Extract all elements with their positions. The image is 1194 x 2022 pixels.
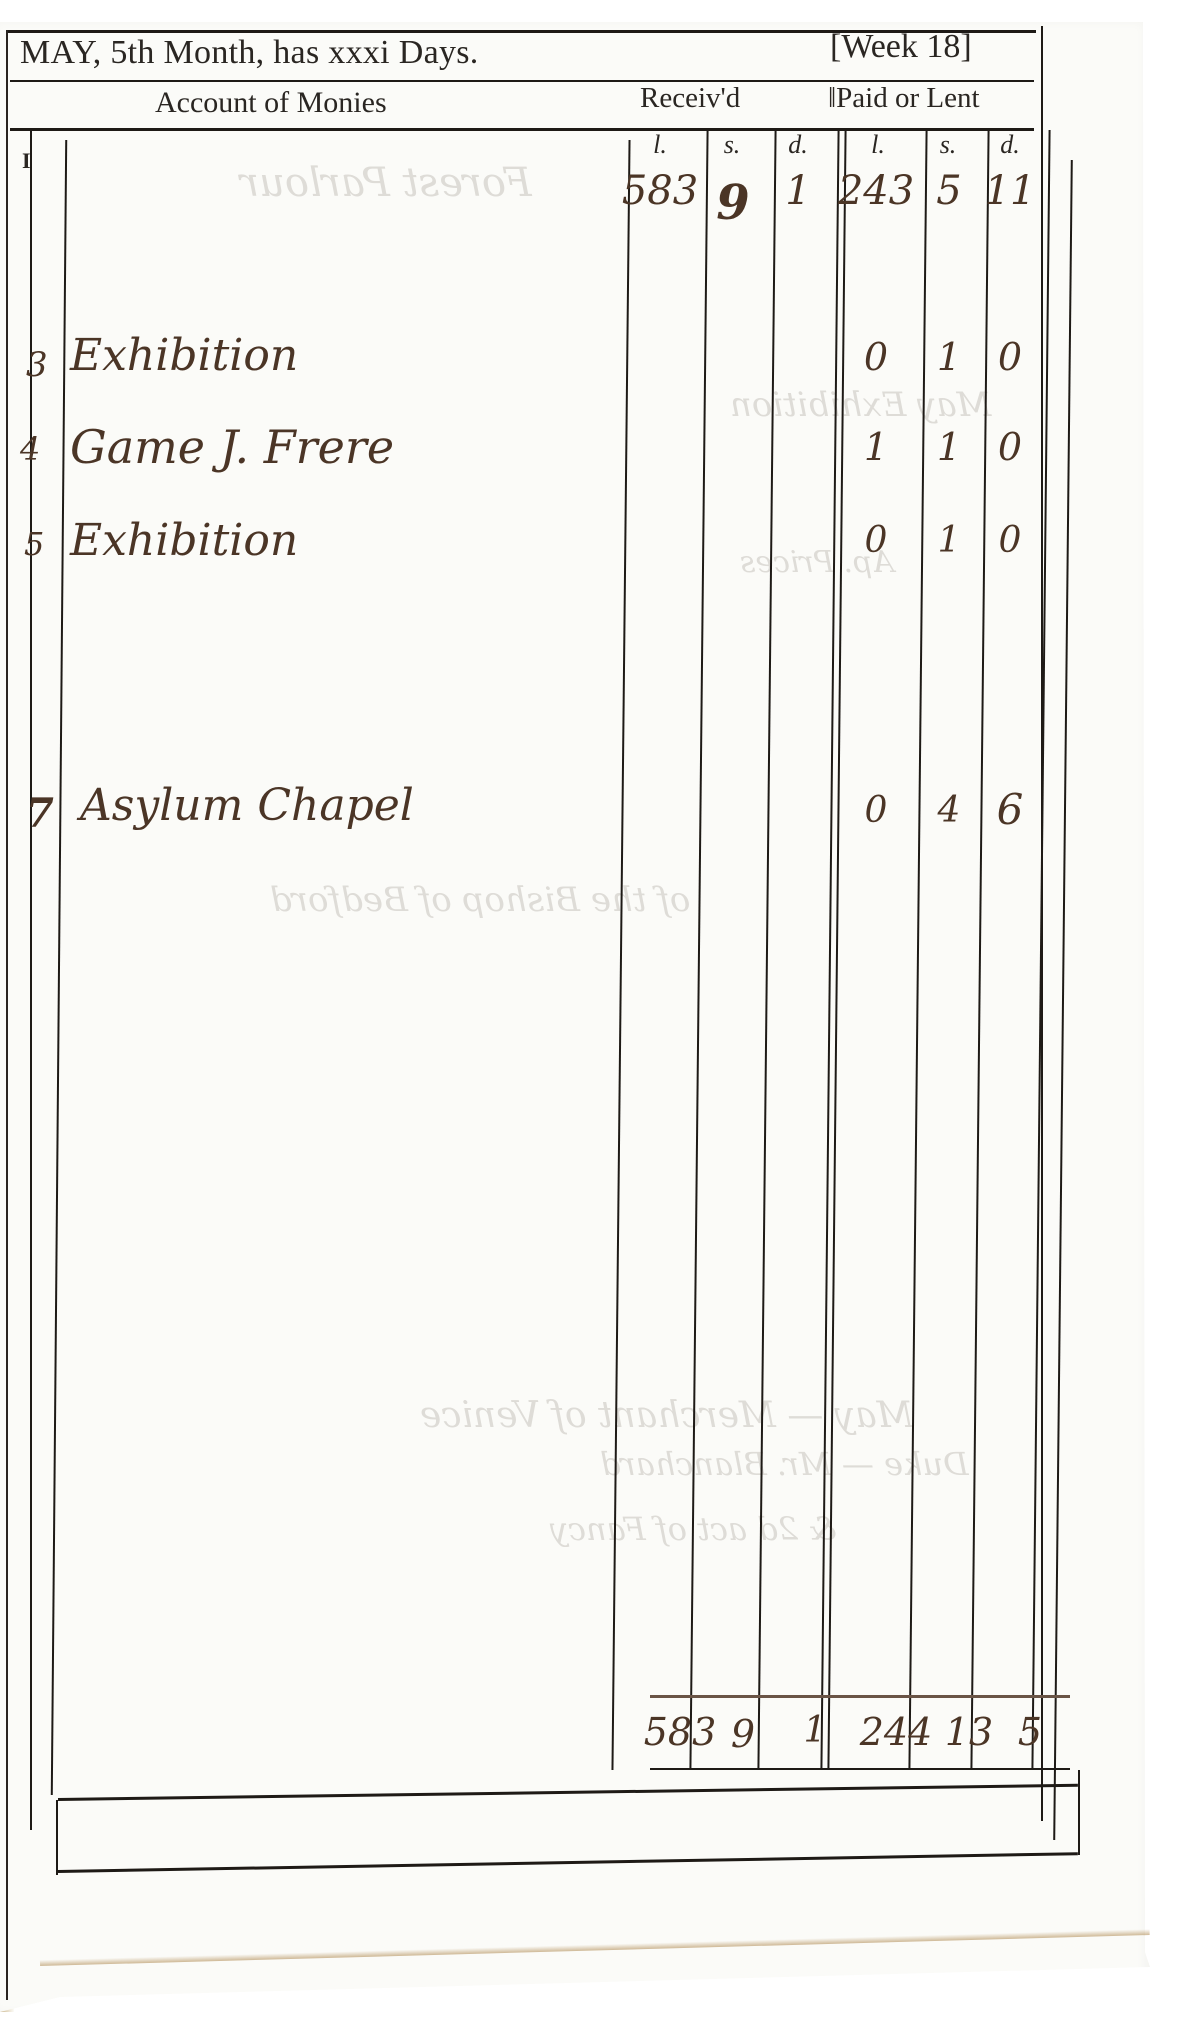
entry-paid-l: 0 — [836, 335, 916, 379]
entry-paid-s: 1 — [918, 520, 980, 561]
entry-description: Exhibition — [70, 330, 298, 381]
frame-bottom-left-rule — [56, 1800, 58, 1875]
frame-bottom-right-rule — [1078, 1770, 1080, 1855]
entry-paid-s: 4 — [918, 790, 980, 831]
entry-paid-l: 0 — [836, 790, 916, 831]
entry-paid-s: 1 — [918, 425, 980, 469]
paid-pence-header: d. — [980, 130, 1040, 160]
totals-bottom-rule — [650, 1768, 1070, 1770]
paid-or-lent-heading: ‖Paid or Lent — [828, 82, 980, 115]
total-paid-d: 5 — [1000, 1710, 1060, 1754]
frame-left-rule — [6, 30, 8, 2000]
day-column-rule — [30, 130, 32, 1830]
bleed-through-text: Forest Parlour — [240, 160, 532, 206]
entry-description: Exhibition — [70, 515, 298, 566]
entry-day: 7 — [26, 790, 54, 837]
brought-forward-paid-l: 243 — [836, 168, 916, 214]
entry-paid-d: 0 — [980, 520, 1040, 561]
day-marker-first: I — [22, 148, 31, 174]
entry-day: 3 — [26, 345, 48, 385]
paid-pounds-header: l. — [848, 130, 908, 160]
entry-description: Game J. Frere — [70, 420, 394, 474]
entry-paid-s: 1 — [918, 335, 980, 379]
entry-paid-l: 1 — [836, 425, 916, 469]
total-received-d: 1 — [790, 1710, 840, 1751]
entry-day: 4 — [20, 430, 40, 468]
total-paid-l: 244 — [856, 1710, 936, 1754]
total-paid-s: 13 — [938, 1710, 1000, 1754]
entry-day: 5 — [24, 525, 44, 563]
received-shillings-header: s. — [702, 130, 762, 160]
bleed-through-text: May Exhibition — [730, 385, 991, 425]
month-title: MAY, 5th Month, has xxxi Days. — [20, 34, 479, 72]
received-heading: Receiv'd — [640, 82, 740, 115]
entry-paid-l: 0 — [836, 520, 916, 561]
bleed-through-text: of the Bishop of Bedford — [270, 880, 690, 920]
week-label: [Week 18] — [830, 28, 972, 66]
brought-forward-paid-d: 11 — [980, 168, 1040, 214]
brought-forward-received-d: 1 — [766, 168, 830, 214]
brought-forward-received-s: 9 — [700, 175, 766, 231]
entry-paid-d: 6 — [980, 785, 1040, 834]
brought-forward-paid-s: 5 — [918, 168, 980, 214]
brought-forward-received-l: 583 — [620, 168, 700, 214]
entry-paid-d: 0 — [980, 335, 1040, 379]
entry-description: Asylum Chapel — [80, 780, 414, 831]
received-pounds-header: l. — [630, 130, 690, 160]
entry-paid-d: 0 — [980, 425, 1040, 469]
total-received-s: 9 — [710, 1712, 776, 1756]
total-rule — [650, 1695, 1070, 1698]
account-of-monies-heading: Account of Monies — [155, 86, 387, 120]
bleed-through-text: May — Merchant of Venice — [420, 1395, 913, 1436]
total-received-l: 583 — [640, 1710, 720, 1754]
paid-shillings-header: s. — [918, 130, 978, 160]
received-pence-header: d. — [768, 130, 828, 160]
